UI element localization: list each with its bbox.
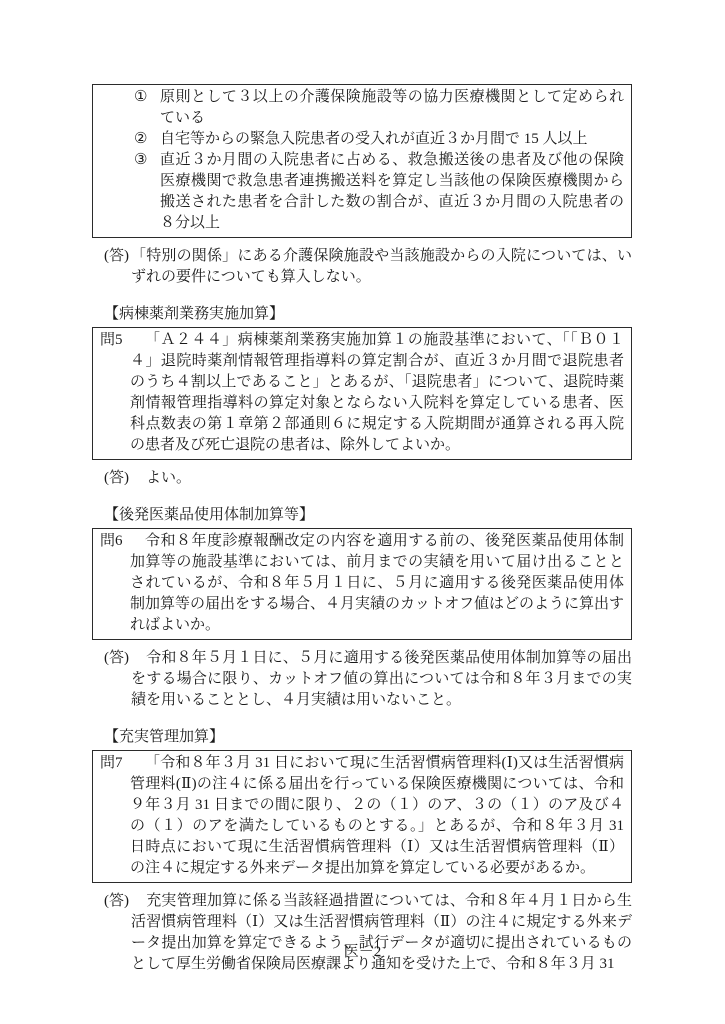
option-item: ③ 直近３か月間の入院患者に占める、救急搬送後の患者及び他の保険医療機関で救急患… [134,150,624,234]
answer-paragraph: (答) 令和８年５月１日に、５月に適用する後発医薬品使用体制加算等の届出をする場… [104,648,632,711]
question-label: 問6 [100,531,130,636]
question-text: 「令和８年３月 31 日において現に生活習慣病管理料(Ⅰ)又は生活習慣病管理料(… [130,753,624,879]
answer-label: (答) [104,246,131,288]
answer-text: よい。 [131,468,632,489]
answer-text: 令和８年５月１日に、５月に適用する後発医薬品使用体制加算等の届出をする場合に限り… [131,648,632,711]
option-text: 原則として３以上の介護保険施設等の協力医療機関として定められている [160,87,624,129]
document-page: ① 原則として３以上の介護保険施設等の協力医療機関として定められている ② 自宅… [0,0,725,1024]
option-marker: ③ [134,150,160,234]
answer-text: 「特別の関係」にある介護保険施設や当該施設からの入院については、いずれの要件につ… [131,246,632,288]
section-heading: 【病棟薬剤業務実施加算】 [104,304,632,325]
question-text: 「Ａ２４４」病棟薬剤業務実施加算１の施設基準において、「「Ｂ０１４」退院時薬剤情… [130,330,624,456]
option-marker: ① [134,87,160,129]
question-label: 問7 [100,753,130,879]
page-number: 医－2 [0,942,725,963]
question-row: 問6 令和８年度診療報酬改定の内容を適用する前の、後発医薬品使用体制加算等の施設… [100,531,624,636]
section: 【病棟薬剤業務実施加算】 問5 「Ａ２４４」病棟薬剤業務実施加算１の施設基準にお… [92,304,632,489]
section: 【充実管理加算】 問7 「令和８年３月 31 日において現に生活習慣病管理料(Ⅰ… [92,727,632,975]
option-text: 直近３か月間の入院患者に占める、救急搬送後の患者及び他の保険医療機関で救急患者連… [160,150,624,234]
option-marker: ② [134,129,160,150]
section-heading: 【後発医薬品使用体制加算等】 [104,505,632,526]
question-row: 問5 「Ａ２４４」病棟薬剤業務実施加算１の施設基準において、「「Ｂ０１４」退院時… [100,330,624,456]
question-box: 問7 「令和８年３月 31 日において現に生活習慣病管理料(Ⅰ)又は生活習慣病管… [92,750,632,883]
option-item: ② 自宅等からの緊急入院患者の受入れが直近３か月間で 15 人以上 [134,129,624,150]
option-text: 自宅等からの緊急入院患者の受入れが直近３か月間で 15 人以上 [160,129,624,150]
question-row: 問7 「令和８年３月 31 日において現に生活習慣病管理料(Ⅰ)又は生活習慣病管… [100,753,624,879]
question-label: 問5 [100,330,130,456]
question-box: 問6 令和８年度診療報酬改定の内容を適用する前の、後発医薬品使用体制加算等の施設… [92,528,632,640]
question-text: 令和８年度診療報酬改定の内容を適用する前の、後発医薬品使用体制加算等の施設基準に… [130,531,624,636]
answer-label: (答) [104,468,131,489]
continued-question-options-box: ① 原則として３以上の介護保険施設等の協力医療機関として定められている ② 自宅… [92,84,632,238]
answer-label: (答) [104,648,131,711]
option-item: ① 原則として３以上の介護保険施設等の協力医療機関として定められている [134,87,624,129]
section: 【後発医薬品使用体制加算等】 問6 令和８年度診療報酬改定の内容を適用する前の、… [92,505,632,711]
question-box: 問5 「Ａ２４４」病棟薬剤業務実施加算１の施設基準において、「「Ｂ０１４」退院時… [92,327,632,460]
answer-paragraph: (答) 「特別の関係」にある介護保険施設や当該施設からの入院については、いずれの… [104,246,632,288]
section-heading: 【充実管理加算】 [104,727,632,748]
answer-paragraph: (答) よい。 [104,468,632,489]
